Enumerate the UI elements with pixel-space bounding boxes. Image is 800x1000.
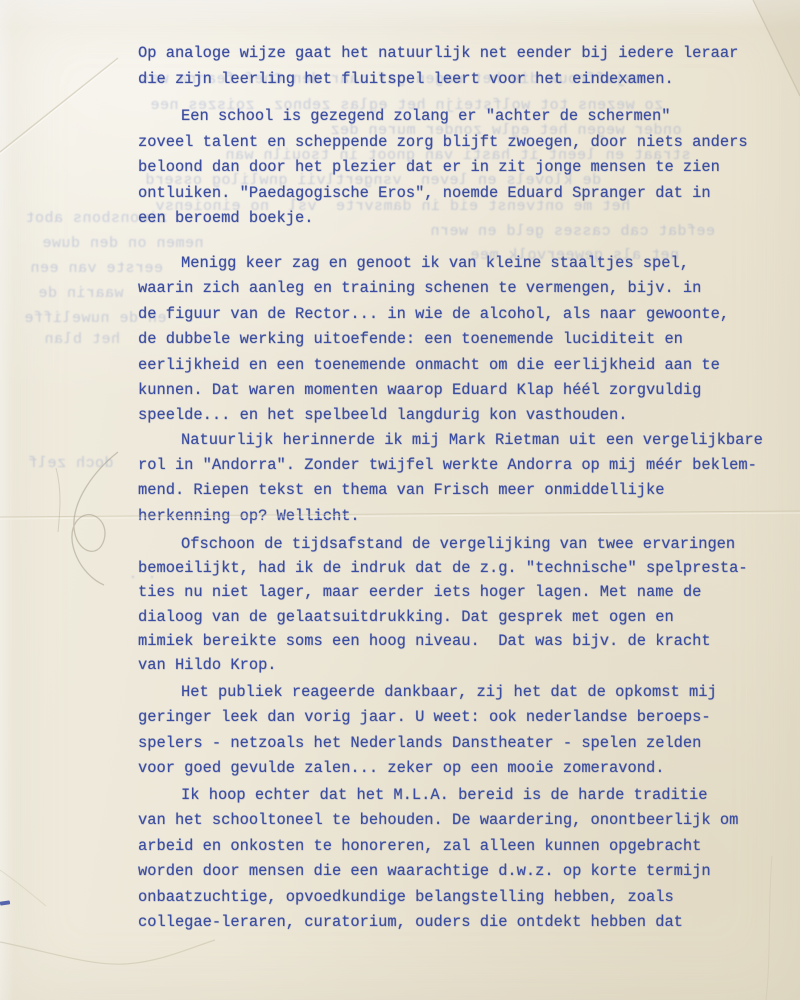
text-line: geringer leek dan vorig jaar. U weet: oo… <box>138 708 788 733</box>
paragraph: Ik hoop echter dat het M.L.A. bereid is … <box>138 786 788 938</box>
paragraph: Het publiek reageerde dankbaar, zij het … <box>138 683 788 784</box>
text-line: Natuurlijk herinnerde ik mij Mark Rietma… <box>138 431 788 456</box>
text-line: ties nu niet lager, maar eerder iets hog… <box>138 583 788 607</box>
text-line: ontluiken. "Paedagogische Eros", noemde … <box>138 184 788 210</box>
text-line: beloond dan door het plezier dat er in z… <box>138 158 788 184</box>
letter-body: Op analoge wijze gaat het natuurlijk net… <box>0 0 800 1000</box>
text-line: kunnen. Dat waren momenten waarop Eduard… <box>138 381 788 406</box>
text-line: bemoeilijkt, had ik de indruk dat de z.g… <box>138 559 788 583</box>
text-line: herkenning op? Wellicht. <box>138 507 788 532</box>
text-line: Ik hoop echter dat het M.L.A. bereid is … <box>138 786 788 811</box>
paragraph: Ofschoon de tijdsafstand de vergelijking… <box>138 535 788 680</box>
text-line: Een school is gezegend zolang er "achter… <box>138 107 788 133</box>
text-line: Menigg keer zag en genoot ik van kleine … <box>138 254 788 279</box>
text-line: Op analoge wijze gaat het natuurlijk net… <box>138 44 788 70</box>
text-line: de dubbele werking uitoefende: een toene… <box>138 330 788 355</box>
text-line: collegae-leraren, curatorium, ouders die… <box>138 913 788 938</box>
text-line: spelers - netzoals het Nederlands Dansth… <box>138 734 788 759</box>
text-line: Het publiek reageerde dankbaar, zij het … <box>138 683 788 708</box>
paper-sheet: mejuffrouw die het wagen gaf naar den Ch… <box>0 0 800 1000</box>
paragraph: Een school is gezegend zolang er "achter… <box>138 107 788 235</box>
paragraph: Menigg keer zag en genoot ik van kleine … <box>138 254 788 432</box>
text-line: de figuur van de Rector... in wie de alc… <box>138 305 788 330</box>
text-line: waarin zich aanleg en training schenen t… <box>138 279 788 304</box>
text-line: voor goed gevulde zalen... zeker op een … <box>138 759 788 784</box>
paragraph: Op analoge wijze gaat het natuurlijk net… <box>138 44 788 95</box>
text-line: rol in "Andorra". Zonder twijfel werkte … <box>138 456 788 481</box>
text-line: die zijn leerling het fluitspel leert vo… <box>138 70 788 96</box>
text-line: van het schooltoneel te behouden. De waa… <box>138 811 788 836</box>
text-line: mimiek bereikte soms een hoog niveau. Da… <box>138 632 788 656</box>
text-line: speelde... en het spelbeeld langdurig ko… <box>138 406 788 431</box>
text-line: arbeid en onkosten te honoreren, zal all… <box>138 837 788 862</box>
text-line: mend. Riepen tekst en thema van Frisch m… <box>138 481 788 506</box>
text-line: dialoog van de gelaatsuitdrukking. Dat g… <box>138 608 788 632</box>
text-line: onbaatzuchtige, opvoedkundige belangstel… <box>138 888 788 913</box>
text-line: Ofschoon de tijdsafstand de vergelijking… <box>138 535 788 559</box>
text-line: worden door mensen die een waarachtige d… <box>138 862 788 887</box>
text-line: zoveel talent en scheppende zorg blijft … <box>138 133 788 159</box>
text-line: eerlijkheid en een toenemende onmacht om… <box>138 356 788 381</box>
text-line: van Hildo Krop. <box>138 656 788 680</box>
paragraph: Natuurlijk herinnerde ik mij Mark Rietma… <box>138 431 788 532</box>
text-line: een beroemd boekje. <box>138 209 788 235</box>
